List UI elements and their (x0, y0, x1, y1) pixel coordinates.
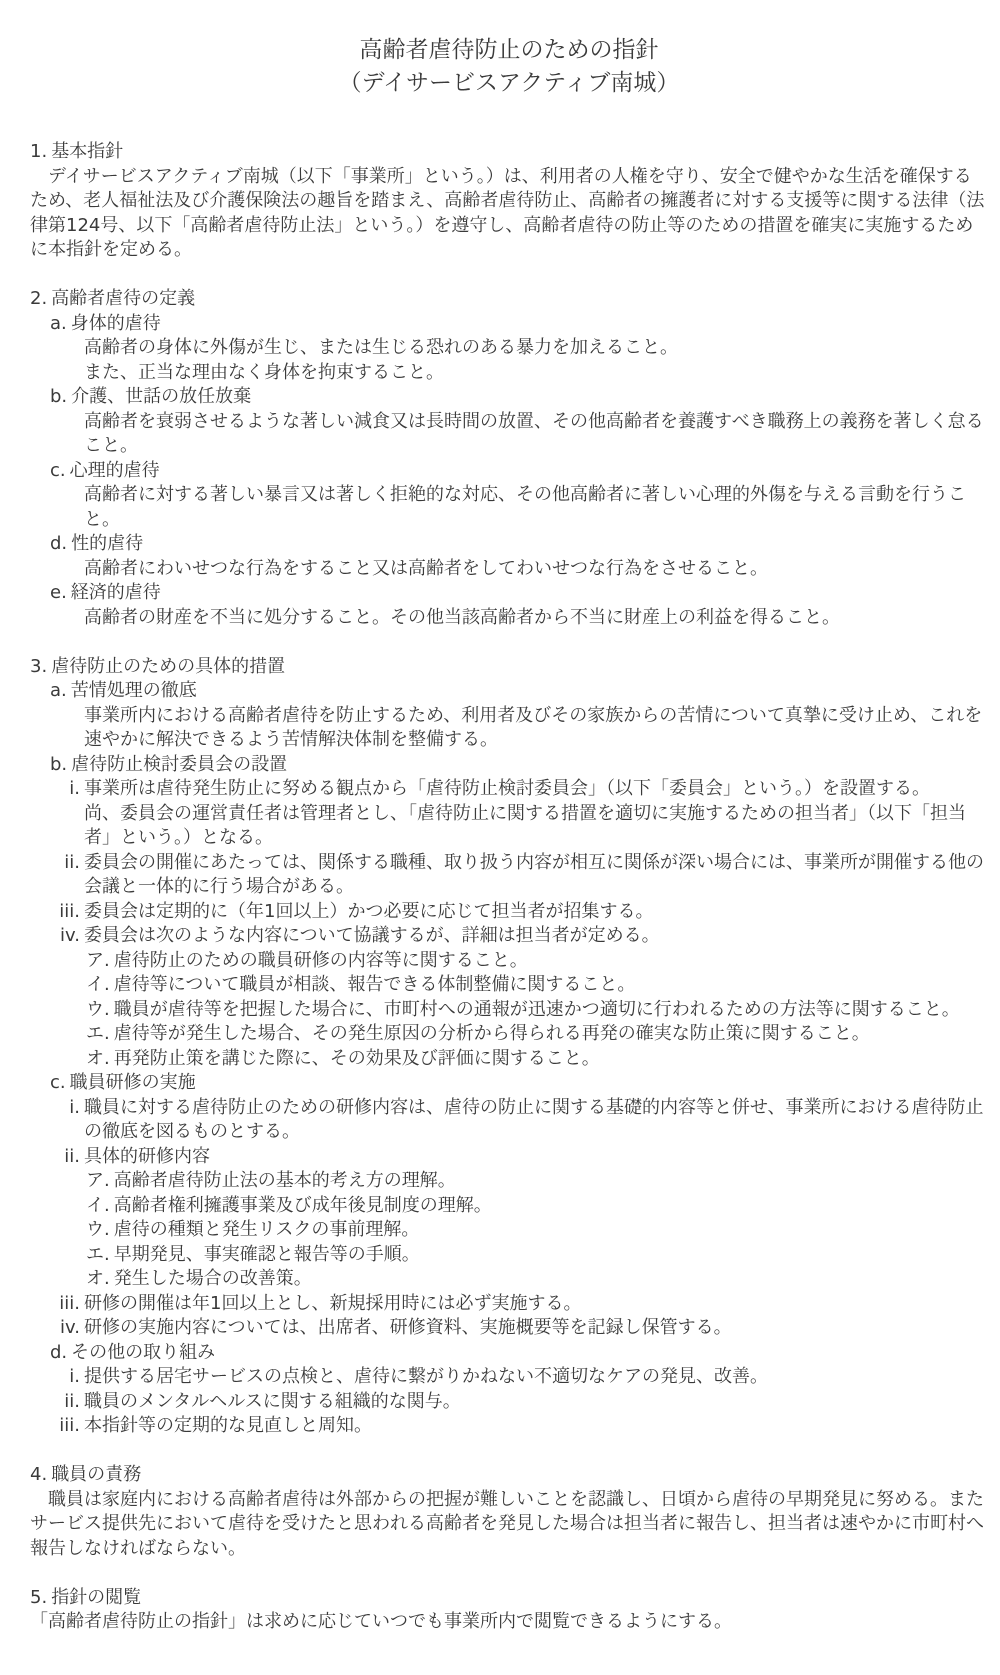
item-psychological-abuse: c. 心理的虐待 (50, 459, 988, 484)
item-heading: 虐待防止検討委員会の設置 (71, 753, 988, 778)
item-body-line: 事業所内における高齢者虐待を防止するため、利用者及びその家族からの苦情について真… (84, 704, 988, 753)
item-neglect: b. 介護、世話の放任放棄 (50, 385, 988, 410)
subitem-committee-agenda: iv. 委員会は次のような内容について協議するが、詳細は担当者が定める。 ア. … (50, 924, 988, 1071)
subitem-training-contents: ii. 具体的研修内容 ア. 高齢者虐待防止法の基本的考え方の理解。 イ. 高齢… (50, 1145, 988, 1292)
training-text: 高齢者虐待防止法の基本的考え方の理解。 (114, 1169, 988, 1194)
item-marker: b. (50, 385, 67, 410)
subitem-line: 研修の実施内容については、出席者、研修資料、実施概要等を記録し保管する。 (84, 1316, 988, 1341)
agenda-item-notification-method: ウ. 職員が虐待等を把握した場合に、市町村への通報が迅速かつ適切に行われるための… (86, 998, 988, 1023)
item-body-line: 高齢者を衰弱させるような著しい減食又は長時間の放置、その他高齢者を養護すべき職務… (84, 410, 988, 459)
agenda-item-training: ア. 虐待防止のための職員研修の内容等に関すること。 (86, 949, 988, 974)
document-subtitle: （デイサービスアクティブ南城） (30, 67, 988, 100)
item-heading: 苦情処理の徹底 (71, 679, 988, 704)
item-heading: 身体的虐待 (71, 312, 988, 337)
item-sexual-abuse: d. 性的虐待 (50, 532, 988, 557)
subitem-training-frequency: iii. 研修の開催は年1回以上とし、新規採用時には必ず実施する。 (50, 1292, 988, 1317)
subitem-line: 提供する居宅サービスの点検と、虐待に繋がりかねない不適切なケアの発見、改善。 (84, 1365, 988, 1390)
section-number: 1. (30, 140, 47, 165)
document-title: 高齢者虐待防止のための指針 (30, 34, 988, 67)
training-item-law-basics: ア. 高齢者虐待防止法の基本的考え方の理解。 (86, 1169, 988, 1194)
section-2-abuse-definitions: 2. 高齢者虐待の定義 a. 身体的虐待 高齢者の身体に外傷が生じ、または生じる… (30, 287, 988, 630)
subitem-guideline-review: iii. 本指針等の定期的な見直しと周知。 (50, 1414, 988, 1439)
subitem-marker: i. (50, 1365, 80, 1390)
section-1-basic-policy: 1. 基本指針 デイサービスアクティブ南城（以下「事業所」という。）は、利用者の… (30, 140, 988, 263)
item-marker: d. (50, 532, 67, 557)
subitem-training-policy: i. 職員に対する虐待防止のための研修内容は、虐待の防止に関する基礎的内容等と併… (50, 1096, 988, 1145)
training-item-improvement: オ. 発生した場合の改善策。 (86, 1267, 988, 1292)
item-marker: e. (50, 581, 67, 606)
training-marker: イ. (86, 1194, 110, 1219)
section-3-prevention-measures: 3. 虐待防止のための具体的措置 a. 苦情処理の徹底 事業所内における高齢者虐… (30, 655, 988, 1439)
item-body-line: 高齢者にわいせつな行為をすること又は高齢者をしてわいせつな行為をさせること。 (84, 557, 988, 582)
agenda-marker: オ. (86, 1047, 110, 1072)
item-physical-abuse: a. 身体的虐待 (50, 312, 988, 337)
section-heading: 基本指針 (51, 140, 988, 165)
item-heading: 介護、世話の放任放棄 (71, 385, 988, 410)
item-heading: 経済的虐待 (71, 581, 988, 606)
section-heading: 指針の閲覧 (51, 1586, 988, 1611)
item-economic-abuse: e. 経済的虐待 (50, 581, 988, 606)
subitem-line: 委員会の開催にあたっては、関係する職種、取り扱う内容が相互に関係が深い場合には、… (84, 851, 988, 900)
subitem-line: 研修の開催は年1回以上とし、新規採用時には必ず実施する。 (84, 1292, 988, 1317)
agenda-item-recurrence-prevention: エ. 虐待等が発生した場合、その発生原因の分析から得られる再発の確実な防止策に関… (86, 1022, 988, 1047)
section-heading-row: 3. 虐待防止のための具体的措置 (30, 655, 988, 680)
item-heading: 職員研修の実施 (70, 1071, 988, 1096)
subitem-marker: iv. (50, 924, 80, 949)
subitem-line: 本指針等の定期的な見直しと周知。 (84, 1414, 988, 1439)
item-heading: 性的虐待 (71, 532, 988, 557)
subitem-marker: iii. (50, 1414, 80, 1439)
section-heading-row: 1. 基本指針 (30, 140, 988, 165)
subitem-training-records: iv. 研修の実施内容については、出席者、研修資料、実施概要等を記録し保管する。 (50, 1316, 988, 1341)
training-marker: エ. (86, 1243, 110, 1268)
item-body-line: 高齢者に対する著しい暴言又は著しく拒絶的な対応、その他高齢者に著しい心理的外傷を… (84, 483, 988, 532)
training-item-risk-understanding: ウ. 虐待の種類と発生リスクの事前理解。 (86, 1218, 988, 1243)
training-marker: ウ. (86, 1218, 110, 1243)
agenda-text: 虐待等が発生した場合、その発生原因の分析から得られる再発の確実な防止策に関するこ… (114, 1022, 988, 1047)
subitem-line: 委員会は定期的に（年1回以上）かつ必要に応じて担当者が招集する。 (84, 900, 988, 925)
section-heading: 高齢者虐待の定義 (51, 287, 988, 312)
section-heading-row: 5. 指針の閲覧 (30, 1586, 988, 1611)
section-paragraph: 職員は家庭内における高齢者虐待は外部からの把握が難しいことを認識し、日頃から虐待… (30, 1488, 988, 1562)
agenda-text: 虐待等について職員が相談、報告できる体制整備に関すること。 (114, 973, 988, 998)
subitem-line: 委員会は次のような内容について協議するが、詳細は担当者が定める。 (84, 924, 988, 949)
training-text: 虐待の種類と発生リスクの事前理解。 (114, 1218, 988, 1243)
agenda-marker: イ. (86, 973, 110, 998)
item-body-line: 高齢者の身体に外傷が生じ、または生じる恐れのある暴力を加えること。 (84, 336, 988, 361)
subitem-line: 事業所は虐待発生防止に努める観点から「虐待防止検討委員会」（以下「委員会」という… (84, 777, 988, 802)
section-heading-row: 4. 職員の責務 (30, 1463, 988, 1488)
subitem-line: 職員のメンタルヘルスに関する組織的な関与。 (84, 1390, 988, 1415)
document-page: 高齢者虐待防止のための指針 （デイサービスアクティブ南城） 1. 基本指針 デイ… (0, 0, 1000, 1675)
section-paragraph: 「高齢者虐待防止の指針」は求めに応じていつでも事業所内で閲覧できるようにする。 (30, 1610, 988, 1635)
subitem-line: 尚、委員会の運営責任者は管理者とし、「虐待防止に関する措置を適切に実施するための… (84, 802, 988, 851)
item-body-line: また、正当な理由なく身体を拘束すること。 (84, 361, 988, 386)
section-number: 4. (30, 1463, 47, 1488)
subitem-content: 具体的研修内容 ア. 高齢者虐待防止法の基本的考え方の理解。 イ. 高齢者権利擁… (84, 1145, 988, 1292)
item-heading: 心理的虐待 (70, 459, 988, 484)
subitem-marker: iii. (50, 1292, 80, 1317)
training-text: 高齢者権利擁護事業及び成年後見制度の理解。 (114, 1194, 988, 1219)
section-paragraph: デイサービスアクティブ南城（以下「事業所」という。）は、利用者の人権を守り、安全… (30, 165, 988, 263)
section-heading: 職員の責務 (51, 1463, 988, 1488)
section-number: 3. (30, 655, 47, 680)
subitem-service-inspection: i. 提供する居宅サービスの点検と、虐待に繋がりかねない不適切なケアの発見、改善… (50, 1365, 988, 1390)
training-text: 早期発見、事実確認と報告等の手順。 (114, 1243, 988, 1268)
agenda-marker: エ. (86, 1022, 110, 1047)
item-staff-training: c. 職員研修の実施 (50, 1071, 988, 1096)
training-marker: ア. (86, 1169, 110, 1194)
subitem-content: 事業所は虐待発生防止に努める観点から「虐待防止検討委員会」（以下「委員会」という… (84, 777, 988, 851)
item-heading: その他の取り組み (71, 1341, 988, 1366)
subitem-line: 具体的研修内容 (84, 1145, 988, 1170)
subitem-marker: iv. (50, 1316, 80, 1341)
subitem-marker: iii. (50, 900, 80, 925)
section-number: 5. (30, 1586, 47, 1611)
subitem-committee-frequency: iii. 委員会は定期的に（年1回以上）かつ必要に応じて担当者が招集する。 (50, 900, 988, 925)
section-4-staff-duties: 4. 職員の責務 職員は家庭内における高齢者虐待は外部からの把握が難しいことを認… (30, 1463, 988, 1561)
item-marker: a. (50, 312, 67, 337)
subitem-marker: ii. (50, 851, 80, 876)
agenda-item-reporting-system: イ. 虐待等について職員が相談、報告できる体制整備に関すること。 (86, 973, 988, 998)
section-number: 2. (30, 287, 47, 312)
section-heading: 虐待防止のための具体的措置 (51, 655, 988, 680)
training-text: 発生した場合の改善策。 (114, 1267, 988, 1292)
training-item-rights-advocacy: イ. 高齢者権利擁護事業及び成年後見制度の理解。 (86, 1194, 988, 1219)
item-committee-setup: b. 虐待防止検討委員会の設置 (50, 753, 988, 778)
item-body-line: 高齢者の財産を不当に処分すること。その他当該高齢者から不当に財産上の利益を得るこ… (84, 606, 988, 631)
subitem-marker: ii. (50, 1145, 80, 1170)
item-marker: b. (50, 753, 67, 778)
section-5-guideline-access: 5. 指針の閲覧 「高齢者虐待防止の指針」は求めに応じていつでも事業所内で閲覧で… (30, 1586, 988, 1635)
agenda-marker: ア. (86, 949, 110, 974)
item-complaint-handling: a. 苦情処理の徹底 (50, 679, 988, 704)
section-heading-row: 2. 高齢者虐待の定義 (30, 287, 988, 312)
item-marker: c. (50, 1071, 66, 1096)
item-marker: c. (50, 459, 66, 484)
training-marker: オ. (86, 1267, 110, 1292)
subitem-line: 職員に対する虐待防止のための研修内容は、虐待の防止に関する基礎的内容等と併せ、事… (84, 1096, 988, 1145)
agenda-marker: ウ. (86, 998, 110, 1023)
item-other-initiatives: d. その他の取り組み (50, 1341, 988, 1366)
training-item-procedures: エ. 早期発見、事実確認と報告等の手順。 (86, 1243, 988, 1268)
subitem-mental-health: ii. 職員のメンタルヘルスに関する組織的な関与。 (50, 1390, 988, 1415)
subitem-marker: i. (50, 777, 80, 802)
subitem-content: 委員会は次のような内容について協議するが、詳細は担当者が定める。 ア. 虐待防止… (84, 924, 988, 1071)
subitem-marker: ii. (50, 1390, 80, 1415)
item-marker: a. (50, 679, 67, 704)
subitem-marker: i. (50, 1096, 80, 1121)
subitem-committee-joint-meeting: ii. 委員会の開催にあたっては、関係する職種、取り扱う内容が相互に関係が深い場… (50, 851, 988, 900)
agenda-item-evaluation: オ. 再発防止策を講じた際に、その効果及び評価に関すること。 (86, 1047, 988, 1072)
agenda-text: 再発防止策を講じた際に、その効果及び評価に関すること。 (114, 1047, 988, 1072)
subitem-committee-establish: i. 事業所は虐待発生防止に努める観点から「虐待防止検討委員会」（以下「委員会」… (50, 777, 988, 851)
item-marker: d. (50, 1341, 67, 1366)
agenda-text: 職員が虐待等を把握した場合に、市町村への通報が迅速かつ適切に行われるための方法等… (114, 998, 988, 1023)
agenda-text: 虐待防止のための職員研修の内容等に関すること。 (114, 949, 988, 974)
